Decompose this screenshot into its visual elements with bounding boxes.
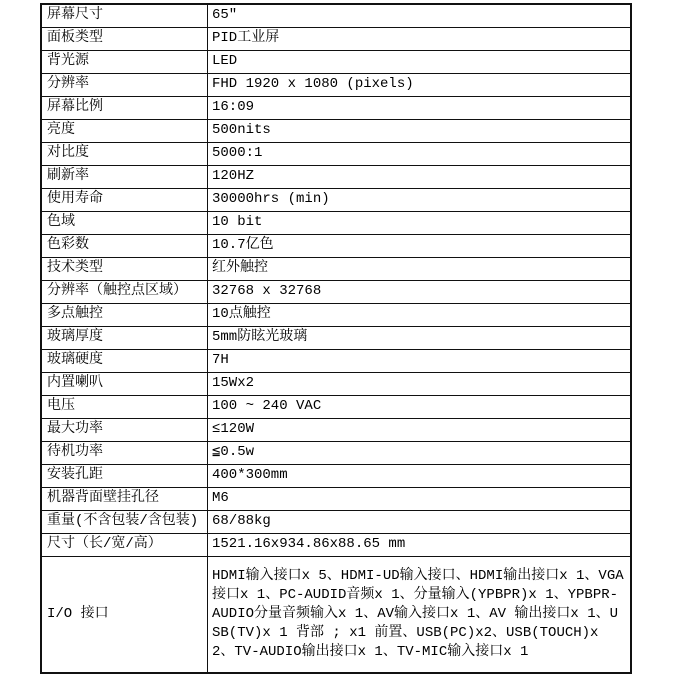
spec-label: 重量(不含包装/含包装) <box>41 510 208 533</box>
spec-value: 16:09 <box>208 96 632 119</box>
spec-value: 65″ <box>208 4 632 27</box>
spec-value: 15Wx2 <box>208 372 632 395</box>
spec-value: PID工业屏 <box>208 27 632 50</box>
spec-label: 屏幕比例 <box>41 96 208 119</box>
table-row: 技术类型 红外触控 <box>41 257 631 280</box>
spec-label: 背光源 <box>41 50 208 73</box>
spec-label: 亮度 <box>41 119 208 142</box>
table-row: 分辨率 FHD 1920 x 1080 (pixels) <box>41 73 631 96</box>
spec-label: 分辨率（触控点区域） <box>41 280 208 303</box>
spec-value: 500nits <box>208 119 632 142</box>
table-row: 屏幕尺寸 65″ <box>41 4 631 27</box>
table-row: 分辨率（触控点区域） 32768 x 32768 <box>41 280 631 303</box>
table-row: 对比度 5000:1 <box>41 142 631 165</box>
table-row: 使用寿命 30000hrs (min) <box>41 188 631 211</box>
spec-value: LED <box>208 50 632 73</box>
spec-label: 内置喇叭 <box>41 372 208 395</box>
spec-label: 多点触控 <box>41 303 208 326</box>
table-row: 尺寸（长/宽/高） 1521.16x934.86x88.65 mm <box>41 533 631 556</box>
table-row: 安装孔距 400*300mm <box>41 464 631 487</box>
spec-value: 30000hrs (min) <box>208 188 632 211</box>
spec-value: 1521.16x934.86x88.65 mm <box>208 533 632 556</box>
spec-label: 色域 <box>41 211 208 234</box>
spec-label: 技术类型 <box>41 257 208 280</box>
spec-value: 7H <box>208 349 632 372</box>
spec-label: 最大功率 <box>41 418 208 441</box>
table-row: 亮度 500nits <box>41 119 631 142</box>
table-row: 玻璃厚度 5mm防眩光玻璃 <box>41 326 631 349</box>
spec-value: FHD 1920 x 1080 (pixels) <box>208 73 632 96</box>
spec-label: 待机功率 <box>41 441 208 464</box>
spec-label: 分辨率 <box>41 73 208 96</box>
table-row: 色域 10 bit <box>41 211 631 234</box>
spec-value: 68/88kg <box>208 510 632 533</box>
spec-label: 尺寸（长/宽/高） <box>41 533 208 556</box>
spec-value: 120HZ <box>208 165 632 188</box>
table-row: 面板类型 PID工业屏 <box>41 27 631 50</box>
spec-value: HDMI输入接口x 5、HDMI-UD输入接口、HDMI输出接口x 1、VGA接… <box>208 556 632 673</box>
table-row: 色彩数 10.7亿色 <box>41 234 631 257</box>
table-row: 内置喇叭 15Wx2 <box>41 372 631 395</box>
spec-value: M6 <box>208 487 632 510</box>
spec-value: 32768 x 32768 <box>208 280 632 303</box>
spec-label: 面板类型 <box>41 27 208 50</box>
table-row: 机器背面壁挂孔径 M6 <box>41 487 631 510</box>
spec-value: 100 ~ 240 VAC <box>208 395 632 418</box>
table-row: 玻璃硬度 7H <box>41 349 631 372</box>
spec-value: ≦0.5w <box>208 441 632 464</box>
table-row: 屏幕比例 16:09 <box>41 96 631 119</box>
spec-label: 安装孔距 <box>41 464 208 487</box>
spec-label: 刷新率 <box>41 165 208 188</box>
table-row: 待机功率 ≦0.5w <box>41 441 631 464</box>
spec-table-body: 屏幕尺寸 65″ 面板类型 PID工业屏 背光源 LED 分辨率 FHD 192… <box>41 4 631 673</box>
spec-label: 机器背面壁挂孔径 <box>41 487 208 510</box>
spec-label: 色彩数 <box>41 234 208 257</box>
spec-value: 红外触控 <box>208 257 632 280</box>
spec-value: ≤120W <box>208 418 632 441</box>
spec-label: 对比度 <box>41 142 208 165</box>
spec-label: 使用寿命 <box>41 188 208 211</box>
spec-label: 玻璃厚度 <box>41 326 208 349</box>
table-row: 刷新率 120HZ <box>41 165 631 188</box>
spec-value: 10.7亿色 <box>208 234 632 257</box>
spec-sheet-page: 屏幕尺寸 65″ 面板类型 PID工业屏 背光源 LED 分辨率 FHD 192… <box>0 0 675 700</box>
table-row: 多点触控 10点触控 <box>41 303 631 326</box>
spec-label: 屏幕尺寸 <box>41 4 208 27</box>
spec-value: 10 bit <box>208 211 632 234</box>
spec-label: 电压 <box>41 395 208 418</box>
table-row: 背光源 LED <box>41 50 631 73</box>
spec-value: 400*300mm <box>208 464 632 487</box>
table-row: 重量(不含包装/含包装) 68/88kg <box>41 510 631 533</box>
spec-label: I/O 接口 <box>41 556 208 673</box>
table-row: 电压 100 ~ 240 VAC <box>41 395 631 418</box>
spec-value: 5mm防眩光玻璃 <box>208 326 632 349</box>
table-row: 最大功率 ≤120W <box>41 418 631 441</box>
spec-table: 屏幕尺寸 65″ 面板类型 PID工业屏 背光源 LED 分辨率 FHD 192… <box>40 3 632 674</box>
spec-label: 玻璃硬度 <box>41 349 208 372</box>
spec-value: 10点触控 <box>208 303 632 326</box>
spec-value: 5000:1 <box>208 142 632 165</box>
table-row: I/O 接口 HDMI输入接口x 5、HDMI-UD输入接口、HDMI输出接口x… <box>41 556 631 673</box>
